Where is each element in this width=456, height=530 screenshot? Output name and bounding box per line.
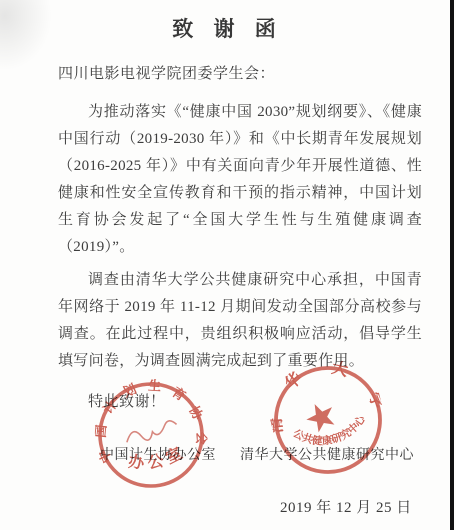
closing-phrase: 特此致谢！ bbox=[58, 389, 422, 416]
letter-date: 2019 年 12 月 25 日 bbox=[280, 496, 412, 517]
letter-body: 为推动落实《“健康中国 2030”规划纲要》、《健康中国行动（2019-2030… bbox=[58, 99, 422, 416]
signature-scribble-icon bbox=[125, 420, 179, 444]
paragraph-2: 调查由清华大学公共健康研究中心承担，中国青年网络于 2019 年 11-12 月… bbox=[58, 267, 422, 375]
signature-org-left: 中国计生协办公室 bbox=[100, 444, 216, 464]
salutation: 四川电影电视学院团委学生会： bbox=[58, 62, 275, 83]
paragraph-1: 为推动落实《“健康中国 2030”规划纲要》、《健康中国行动（2019-2030… bbox=[58, 99, 422, 261]
scan-edge-artifact bbox=[450, 0, 454, 530]
letter-title: 致 谢 函 bbox=[0, 13, 450, 43]
signature-org-right: 清华大学公共健康研究中心 bbox=[240, 444, 414, 464]
thank-you-letter-page: 致 谢 函 四川电影电视学院团委学生会： 为推动落实《“健康中国 2030”规划… bbox=[0, 0, 456, 530]
